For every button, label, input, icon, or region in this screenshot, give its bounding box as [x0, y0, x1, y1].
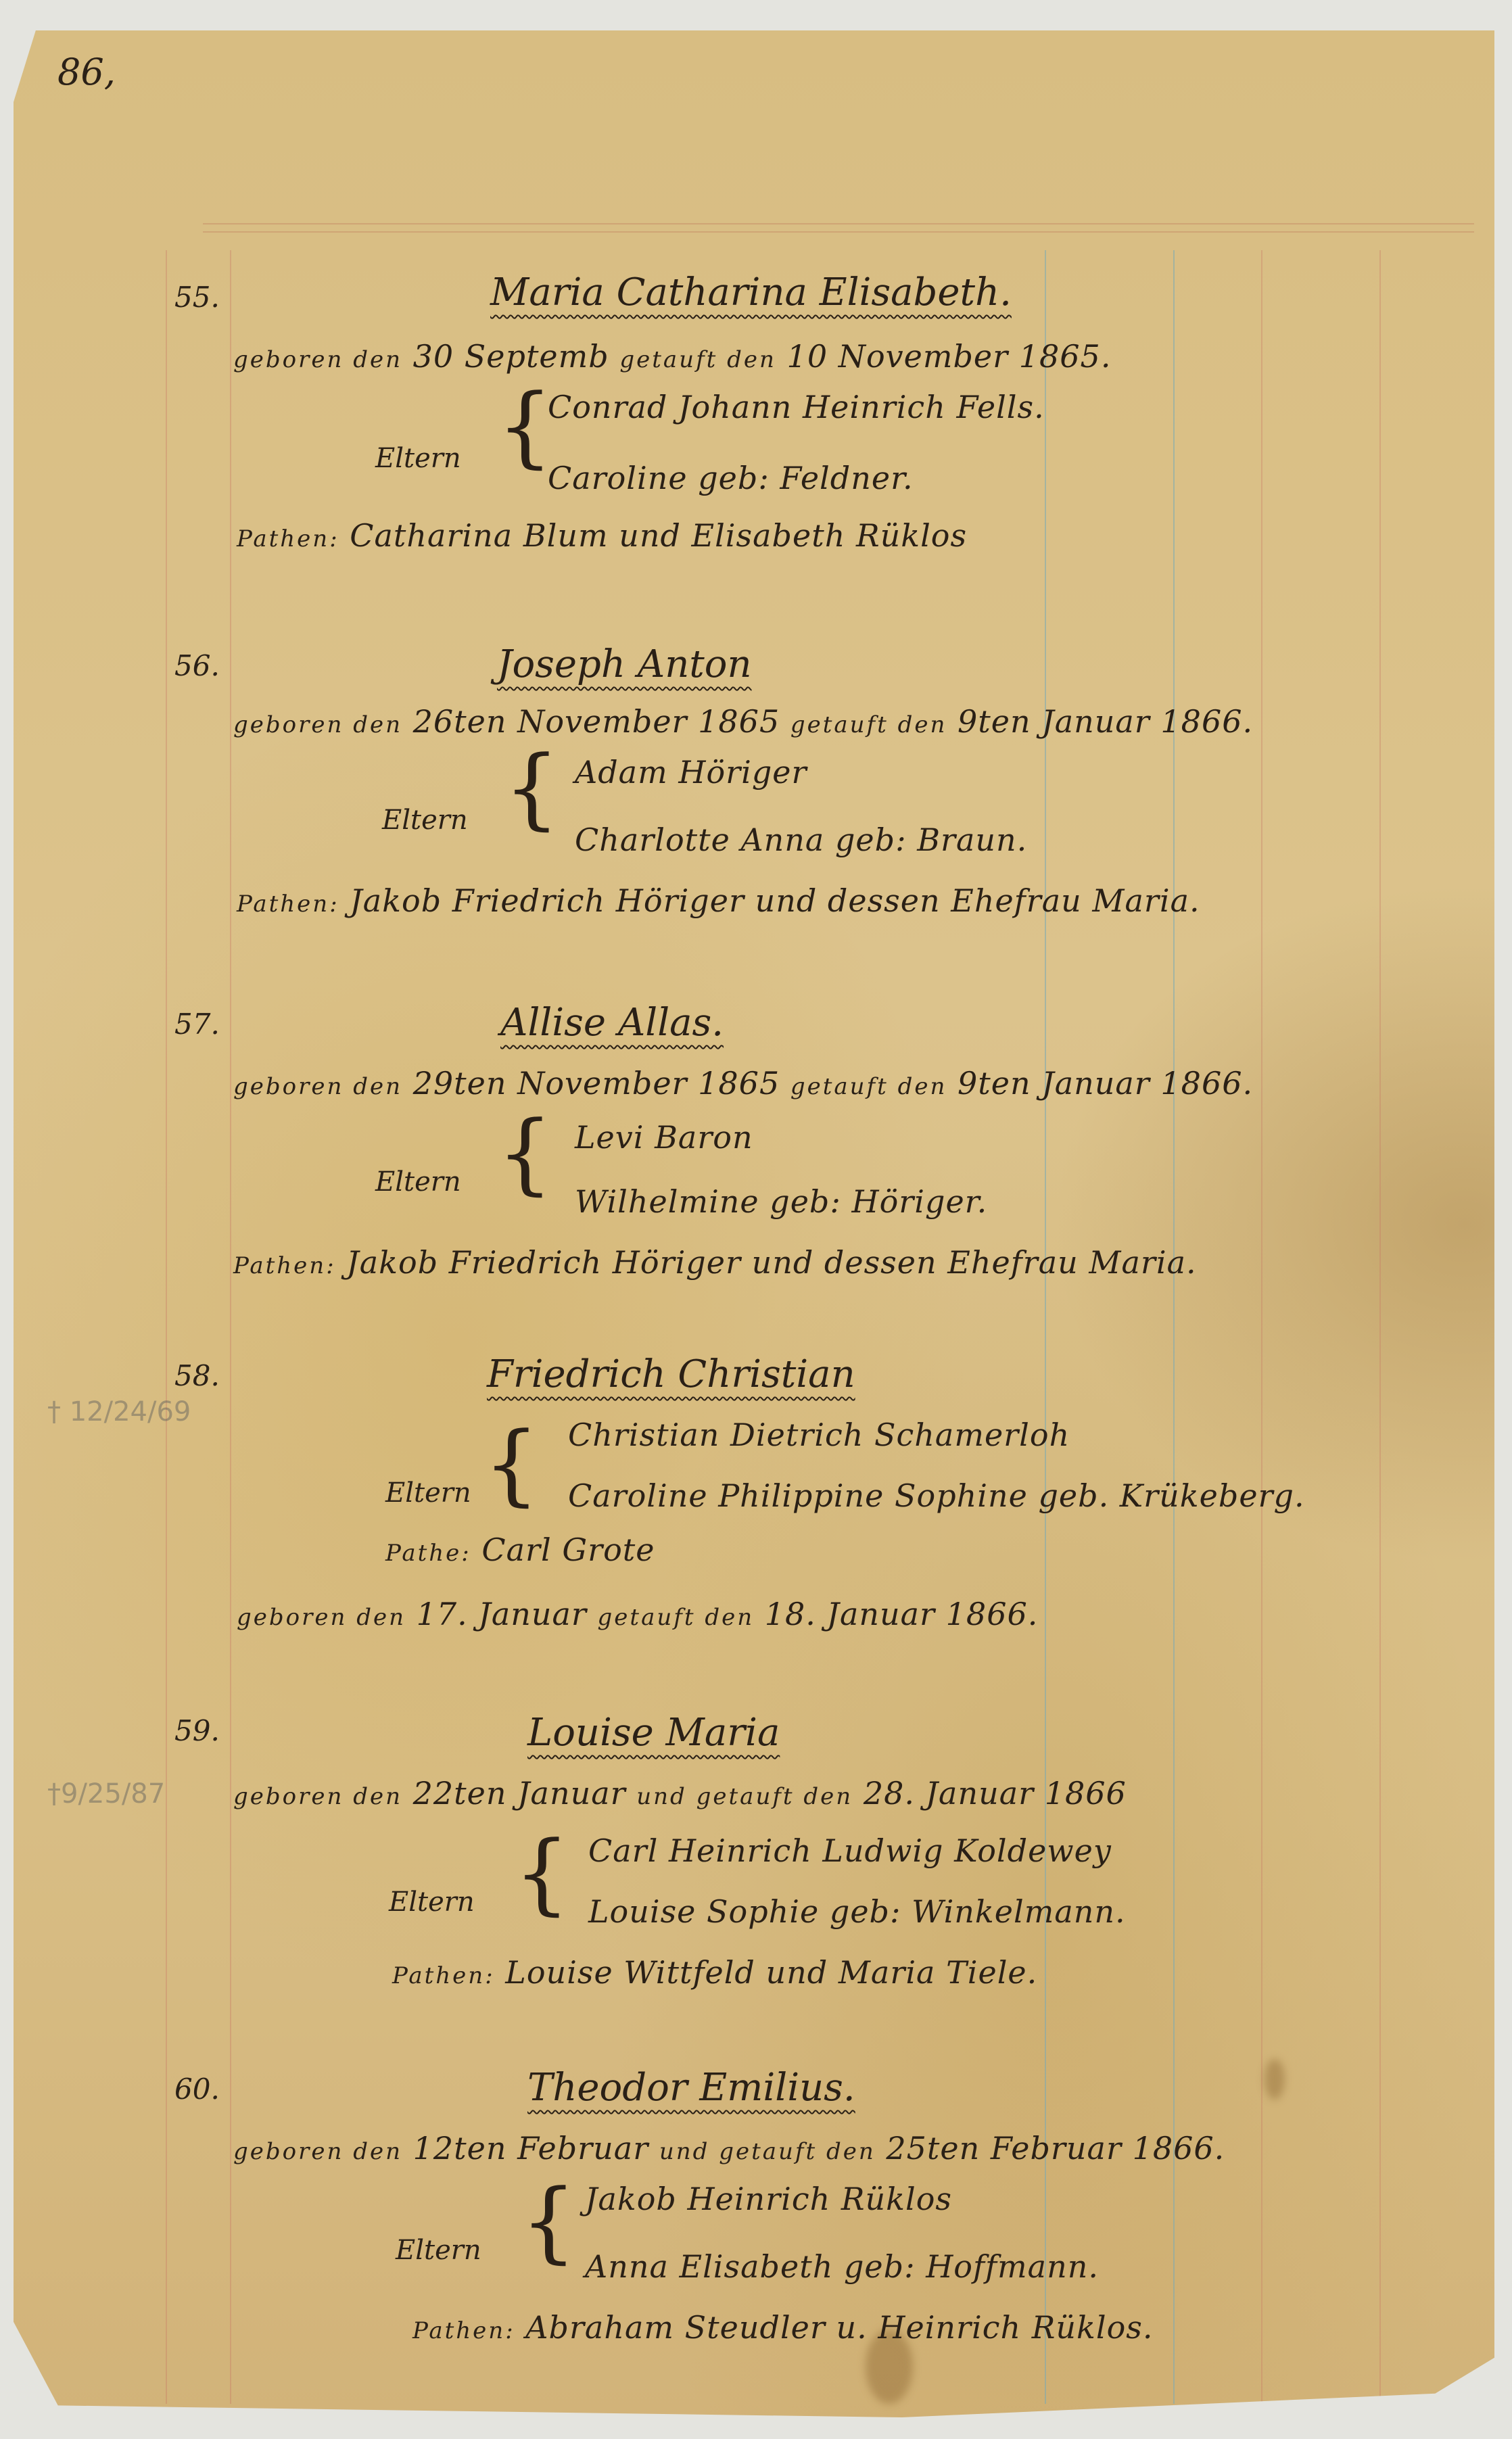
page-number: 86, [57, 51, 116, 93]
ink-stain [1265, 2059, 1285, 2100]
brace: { [497, 382, 553, 470]
brace: { [504, 744, 560, 832]
brace: { [521, 2177, 577, 2265]
birth-baptism-line: geboren den 29ten November 1865 getauft … [233, 1065, 1253, 1102]
column-rule [1379, 250, 1381, 2404]
parents-label: Eltern [375, 1166, 461, 1198]
parents-label: Eltern [382, 805, 468, 836]
death-date-note: †9/25/87 [47, 1778, 165, 1809]
father-name: Christian Dietrich Schamerloh [568, 1417, 1070, 1453]
brace: { [497, 1109, 553, 1197]
entry-number: 59. [174, 1714, 220, 1747]
parents-label: Eltern [389, 1887, 475, 1918]
child-name: Maria Catharina Elisabeth. [490, 270, 1012, 314]
entry-number: 58. [174, 1359, 220, 1392]
header-rule [203, 223, 1474, 224]
sponsors-line: Pathe: Carl Grote [385, 1532, 655, 1568]
entry-number: 56. [174, 649, 220, 682]
mother-name: Caroline geb: Feldner. [548, 460, 914, 496]
sponsors-line: Pathen: Louise Wittfeld und Maria Tiele. [392, 1954, 1037, 1991]
entry-number: 60. [174, 2073, 220, 2106]
child-name: Theodor Emilius. [527, 2066, 855, 2110]
entry-number: 55. [174, 281, 220, 314]
parents-label: Eltern [385, 1477, 471, 1509]
birth-baptism-line: geboren den 22ten Januar und getauft den… [233, 1775, 1127, 1812]
sponsors-line: Pathen: Jakob Friedrich Höriger und dess… [233, 1244, 1197, 1281]
child-name: Friedrich Christian [487, 1352, 855, 1396]
column-rule [1045, 250, 1046, 2404]
entry-number: 57. [174, 1008, 220, 1041]
sponsors-line: Pathen: Abraham Steudler u. Heinrich Rük… [412, 2309, 1154, 2346]
birth-baptism-line: geboren den 12ten Februar und getauft de… [233, 2130, 1225, 2166]
child-name: Louise Maria [527, 1711, 780, 1755]
birth-baptism-line: geboren den 26ten November 1865 getauft … [233, 703, 1253, 740]
mother-name: Anna Elisabeth geb: Hoffmann. [585, 2248, 1099, 2285]
column-rule [1173, 250, 1175, 2404]
father-name: Jakob Heinrich Rüklos [585, 2181, 952, 2217]
parents-label: Eltern [375, 443, 461, 474]
child-name: Joseph Anton [497, 642, 752, 686]
sponsors-line: Pathen: Jakob Friedrich Höriger und dess… [237, 882, 1200, 919]
death-date-note: † 12/24/69 [47, 1396, 191, 1427]
birth-baptism-line: geboren den 30 Septemb getauft den 10 No… [233, 338, 1111, 375]
mother-name: Charlotte Anna geb: Braun. [575, 822, 1027, 858]
brace: { [514, 1829, 570, 1917]
mother-name: Louise Sophie geb: Winkelmann. [588, 1893, 1126, 1930]
mother-name: Wilhelmine geb: Höriger. [575, 1183, 987, 1220]
margin-rule [166, 250, 167, 2404]
father-name: Conrad Johann Heinrich Fells. [548, 389, 1045, 425]
parents-label: Eltern [396, 2235, 481, 2266]
birth-baptism-line: geboren den 17. Januar getauft den 18. J… [237, 1596, 1038, 1632]
father-name: Adam Höriger [575, 754, 807, 790]
sponsors-line: Pathen: Catharina Blum und Elisabeth Rük… [237, 517, 967, 554]
father-name: Levi Baron [575, 1119, 753, 1156]
child-name: Allise Allas. [500, 1001, 724, 1045]
mother-name: Caroline Philippine Sophine geb. Krükebe… [568, 1477, 1305, 1514]
father-name: Carl Heinrich Ludwig Koldewey [588, 1832, 1112, 1869]
column-rule [1261, 250, 1262, 2404]
margin-rule [230, 250, 231, 2404]
brace: { [483, 1420, 540, 1508]
header-rule [203, 231, 1474, 233]
